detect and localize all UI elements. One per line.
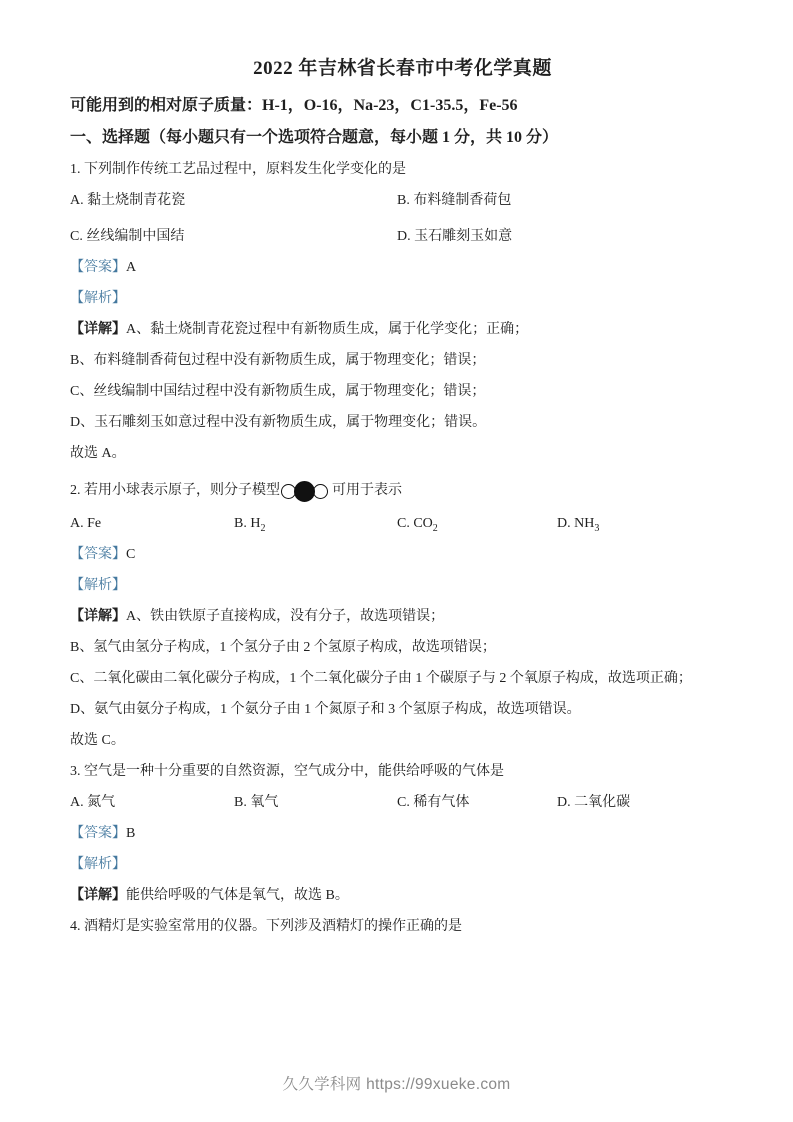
q2-option-a-text: A. Fe (70, 516, 101, 531)
footer-watermark: 久久学科网 https://99xueke.com (0, 1072, 793, 1094)
q1-conclusion: 故选 A。 (70, 444, 735, 463)
q2-option-c-subscript: 2 (433, 523, 438, 534)
q1-detail-line-c: C、丝线编制中国结过程中没有新物质生成，属于物理变化；错误； (70, 382, 735, 401)
detail-label: 【详解】 (70, 609, 126, 624)
answer-label: 【答案】 (70, 547, 126, 562)
q2-options-row: A. Fe B. H2 C. CO2 D. NH3 (70, 514, 735, 533)
q2-analysis-line: 【解析】 (70, 576, 735, 595)
q3-option-a: A. 氮气 (70, 793, 234, 812)
q2-option-b-subscript: 2 (260, 523, 265, 534)
q2-option-a: A. Fe (70, 514, 234, 533)
q2-option-c-text: C. CO (397, 516, 433, 531)
q2-detail-line-c: C、二氧化碳由二氧化碳分子构成，1 个二氧化碳分子由 1 个碳原子与 2 个氧原… (70, 669, 735, 688)
analysis-label: 【解析】 (70, 578, 126, 593)
detail-label: 【详解】 (70, 888, 126, 903)
black-atom-icon (294, 481, 315, 502)
q2-answer-value: C (126, 547, 135, 562)
q2-option-d-text: D. NH (557, 516, 594, 531)
q2-detail-intro: A、铁由铁原子直接构成，没有分子，故选项错误； (126, 609, 444, 624)
q1-detail-line-a: 【详解】A、黏土烧制青花瓷过程中有新物质生成，属于化学变化；正确； (70, 320, 735, 339)
answer-label: 【答案】 (70, 260, 126, 275)
q3-option-b: B. 氧气 (234, 793, 397, 812)
q3-detail-intro: 能供给呼吸的气体是氧气，故选 B。 (126, 888, 349, 903)
q3-answer-value: B (126, 826, 135, 841)
q3-analysis-line: 【解析】 (70, 855, 735, 874)
atomic-masses-line: 可能用到的相对原子质量：H-1，O-16，Na-23，C1-35.5，Fe-56 (70, 96, 735, 116)
q1-detail-line-d: D、玉石雕刻玉如意过程中没有新物质生成，属于物理变化；错误。 (70, 413, 735, 432)
q1-answer-line: 【答案】A (70, 258, 735, 277)
q2-detail-line-b: B、氢气由氢分子构成，1 个氢分子由 2 个氢原子构成，故选项错误； (70, 638, 735, 657)
document-content: 2022 年吉林省长春市中考化学真题 可能用到的相对原子质量：H-1，O-16，… (70, 56, 735, 948)
q1-options-row-1: A. 黏土烧制青花瓷 B. 布料缝制香荷包 (70, 191, 735, 210)
q2-option-d: D. NH3 (557, 514, 735, 533)
q3-detail-line: 【详解】能供给呼吸的气体是氧气，故选 B。 (70, 886, 735, 905)
q1-option-b: B. 布料缝制香荷包 (397, 191, 735, 210)
q2-answer-line: 【答案】C (70, 545, 735, 564)
exam-document-page: 2022 年吉林省长春市中考化学真题 可能用到的相对原子质量：H-1，O-16，… (0, 0, 793, 1122)
q1-detail-line-b: B、布料缝制香荷包过程中没有新物质生成，属于物理变化；错误； (70, 351, 735, 370)
q2-detail-line-a: 【详解】A、铁由铁原子直接构成，没有分子，故选项错误； (70, 607, 735, 626)
q2-detail-line-d: D、氨气由氨分子构成，1 个氨分子由 1 个氮原子和 3 个氢原子构成，故选项错… (70, 700, 735, 719)
q3-option-d: D. 二氧化碳 (557, 793, 735, 812)
detail-label: 【详解】 (70, 322, 126, 337)
analysis-label: 【解析】 (70, 857, 126, 872)
q2-option-d-subscript: 3 (594, 523, 599, 534)
q2-stem: 2. 若用小球表示原子，则分子模型可用于表示 (70, 481, 735, 502)
page-title: 2022 年吉林省长春市中考化学真题 (70, 56, 735, 82)
q1-options-row-2: C. 丝线编制中国结 D. 玉石雕刻玉如意 (70, 227, 735, 246)
analysis-label: 【解析】 (70, 291, 126, 306)
q2-stem-after: 可用于表示 (332, 483, 402, 498)
q1-option-a: A. 黏土烧制青花瓷 (70, 191, 397, 210)
q2-option-c: C. CO2 (397, 514, 557, 533)
q2-conclusion: 故选 C。 (70, 731, 735, 750)
q1-answer-value: A (126, 260, 136, 275)
q4-stem: 4. 酒精灯是实验室常用的仪器。下列涉及酒精灯的操作正确的是 (70, 917, 735, 936)
section-heading: 一、选择题（每小题只有一个选项符合题意，每小题 1 分，共 10 分） (70, 128, 735, 148)
q3-stem: 3. 空气是一种十分重要的自然资源，空气成分中，能供给呼吸的气体是 (70, 762, 735, 781)
q3-answer-line: 【答案】B (70, 824, 735, 843)
q1-detail-intro: A、黏土烧制青花瓷过程中有新物质生成，属于化学变化；正确； (126, 322, 528, 337)
molecule-model (281, 481, 328, 502)
q3-option-c: C. 稀有气体 (397, 793, 557, 812)
q2-option-b-text: B. H (234, 516, 260, 531)
white-atom-icon (313, 484, 328, 499)
q2-option-b: B. H2 (234, 514, 397, 533)
q3-options-row: A. 氮气 B. 氧气 C. 稀有气体 D. 二氧化碳 (70, 793, 735, 812)
q1-option-d: D. 玉石雕刻玉如意 (397, 227, 735, 246)
q2-stem-before: 2. 若用小球表示原子，则分子模型 (70, 483, 280, 498)
q1-option-c: C. 丝线编制中国结 (70, 227, 397, 246)
answer-label: 【答案】 (70, 826, 126, 841)
q1-analysis-line: 【解析】 (70, 289, 735, 308)
q1-stem: 1. 下列制作传统工艺品过程中，原料发生化学变化的是 (70, 160, 735, 179)
